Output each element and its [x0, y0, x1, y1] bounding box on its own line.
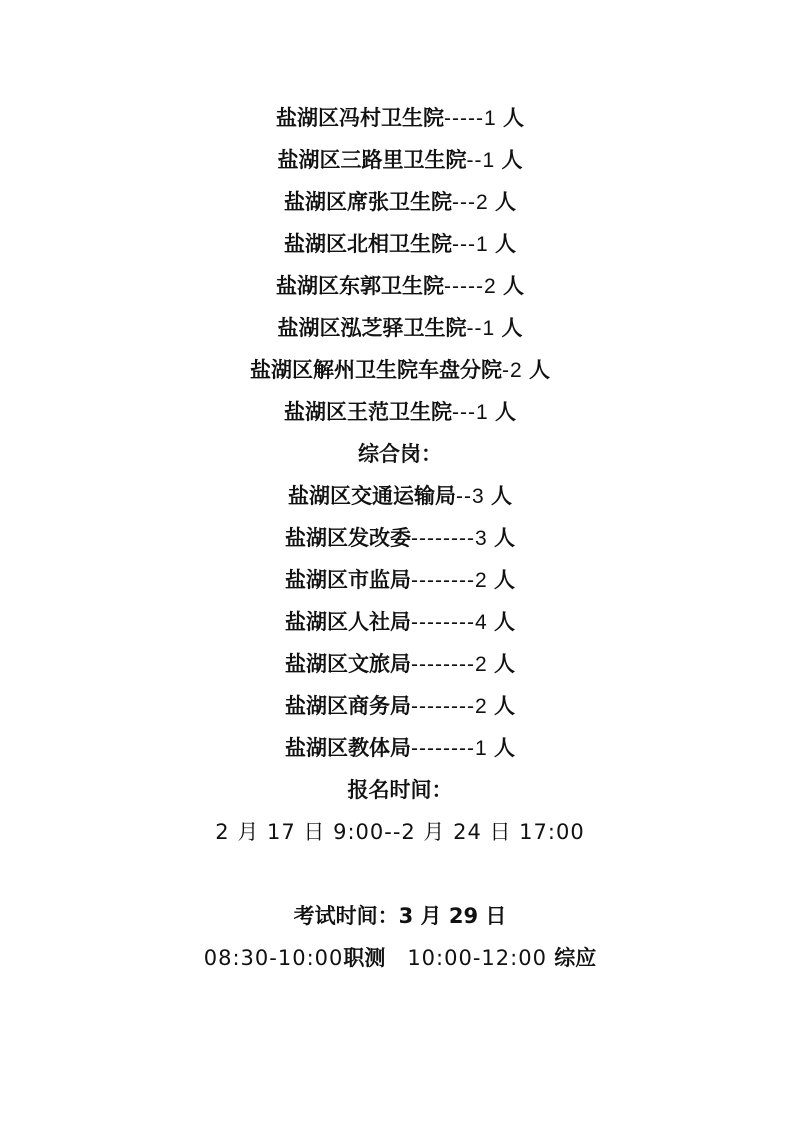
exam-time-1: 08:30-10:00: [204, 946, 344, 970]
post-name: 盐湖区交通运输局: [288, 484, 456, 508]
post-dashes: --------: [411, 695, 475, 718]
post-name: 盐湖区三路里卫生院: [278, 148, 467, 172]
exam-time-2: 10:00-12:00: [407, 946, 547, 970]
post-name: 盐湖区教体局: [285, 736, 411, 760]
post-name: 盐湖区东郭卫生院: [276, 274, 444, 298]
post-dashes: ---: [452, 191, 476, 214]
post-name: 盐湖区商务局: [285, 694, 411, 718]
post-unit: 人: [487, 526, 515, 550]
post-entry: 盐湖区人社局--------4 人: [0, 608, 800, 637]
post-name: 盐湖区发改委: [285, 526, 411, 550]
post-entry: 盐湖区解州卫生院车盘分院-2 人: [0, 356, 800, 385]
post-count: 3: [472, 485, 484, 508]
post-entry: 盐湖区冯村卫生院-----1 人: [0, 104, 800, 133]
post-entry: 盐湖区商务局--------2 人: [0, 692, 800, 721]
post-dashes: --: [467, 149, 483, 172]
exam-schedule: 08:30-10:00职测 10:00-12:00 综应: [0, 944, 800, 972]
post-name: 盐湖区市监局: [285, 568, 411, 592]
post-entry: 盐湖区交通运输局--3 人: [0, 482, 800, 511]
post-entry: 盐湖区泓芝驿卫生院--1 人: [0, 314, 800, 343]
registration-heading: 报名时间：: [0, 776, 800, 804]
exam-heading: 考试时间：3 月 29 日: [0, 902, 800, 930]
document-page: 盐湖区冯村卫生院-----1 人 盐湖区三路里卫生院--1 人 盐湖区席张卫生院…: [0, 0, 800, 1131]
post-name: 盐湖区王范卫生院: [284, 400, 452, 424]
post-entry: 盐湖区席张卫生院---2 人: [0, 188, 800, 217]
post-dashes: --------: [411, 569, 475, 592]
post-dashes: ---: [452, 401, 476, 424]
post-dashes: -: [502, 359, 510, 382]
post-count: 1: [483, 317, 495, 340]
post-count: 2: [475, 653, 487, 676]
post-count: 4: [475, 611, 487, 634]
post-entry: 盐湖区发改委--------3 人: [0, 524, 800, 553]
post-unit: 人: [488, 232, 516, 256]
post-count: 2: [484, 275, 496, 298]
post-unit: 人: [487, 568, 515, 592]
post-dashes: --------: [411, 527, 475, 550]
post-unit: 人: [487, 694, 515, 718]
post-unit: 人: [522, 358, 550, 382]
post-count: 2: [510, 359, 522, 382]
post-unit: 人: [494, 148, 522, 172]
post-entry: 盐湖区教体局--------1 人: [0, 734, 800, 763]
registration-period: 2 月 17 日 9:00--2 月 24 日 17:00: [0, 818, 800, 846]
post-unit: 人: [488, 190, 516, 214]
post-entry: 盐湖区北相卫生院---1 人: [0, 230, 800, 259]
post-dashes: -----: [444, 107, 484, 130]
post-unit: 人: [487, 736, 515, 760]
post-entry: 盐湖区东郭卫生院-----2 人: [0, 272, 800, 301]
post-dashes: --: [456, 485, 472, 508]
post-count: 2: [475, 695, 487, 718]
post-entry: 盐湖区市监局--------2 人: [0, 566, 800, 595]
post-unit: 人: [484, 484, 512, 508]
post-name: 盐湖区人社局: [285, 610, 411, 634]
post-dashes: --------: [411, 611, 475, 634]
post-entry: 盐湖区三路里卫生院--1 人: [0, 146, 800, 175]
post-count: 1: [484, 107, 496, 130]
post-name: 盐湖区泓芝驿卫生院: [278, 316, 467, 340]
post-name: 盐湖区解州卫生院车盘分院: [250, 358, 502, 382]
post-unit: 人: [487, 610, 515, 634]
post-dashes: --------: [411, 653, 475, 676]
post-count: 2: [476, 191, 488, 214]
post-entry: 盐湖区王范卫生院---1 人: [0, 398, 800, 427]
post-count: 1: [475, 737, 487, 760]
post-count: 1: [483, 149, 495, 172]
post-dashes: -----: [444, 275, 484, 298]
post-unit: 人: [488, 400, 516, 424]
post-unit: 人: [496, 274, 524, 298]
post-count: 1: [476, 401, 488, 424]
post-unit: 人: [487, 652, 515, 676]
exam-subject-1: 职测: [343, 946, 385, 970]
post-dashes: ---: [452, 233, 476, 256]
post-entry: 盐湖区文旅局--------2 人: [0, 650, 800, 679]
post-count: 3: [475, 527, 487, 550]
post-count: 2: [475, 569, 487, 592]
post-unit: 人: [496, 106, 524, 130]
post-dashes: --------: [411, 737, 475, 760]
exam-subject-2: 综应: [554, 946, 596, 970]
post-name: 盐湖区北相卫生院: [284, 232, 452, 256]
post-unit: 人: [494, 316, 522, 340]
post-name: 盐湖区文旅局: [285, 652, 411, 676]
post-name: 盐湖区席张卫生院: [284, 190, 452, 214]
general-posts-heading: 综合岗：: [0, 440, 800, 468]
post-count: 1: [476, 233, 488, 256]
post-name: 盐湖区冯村卫生院: [276, 106, 444, 130]
post-dashes: --: [467, 317, 483, 340]
